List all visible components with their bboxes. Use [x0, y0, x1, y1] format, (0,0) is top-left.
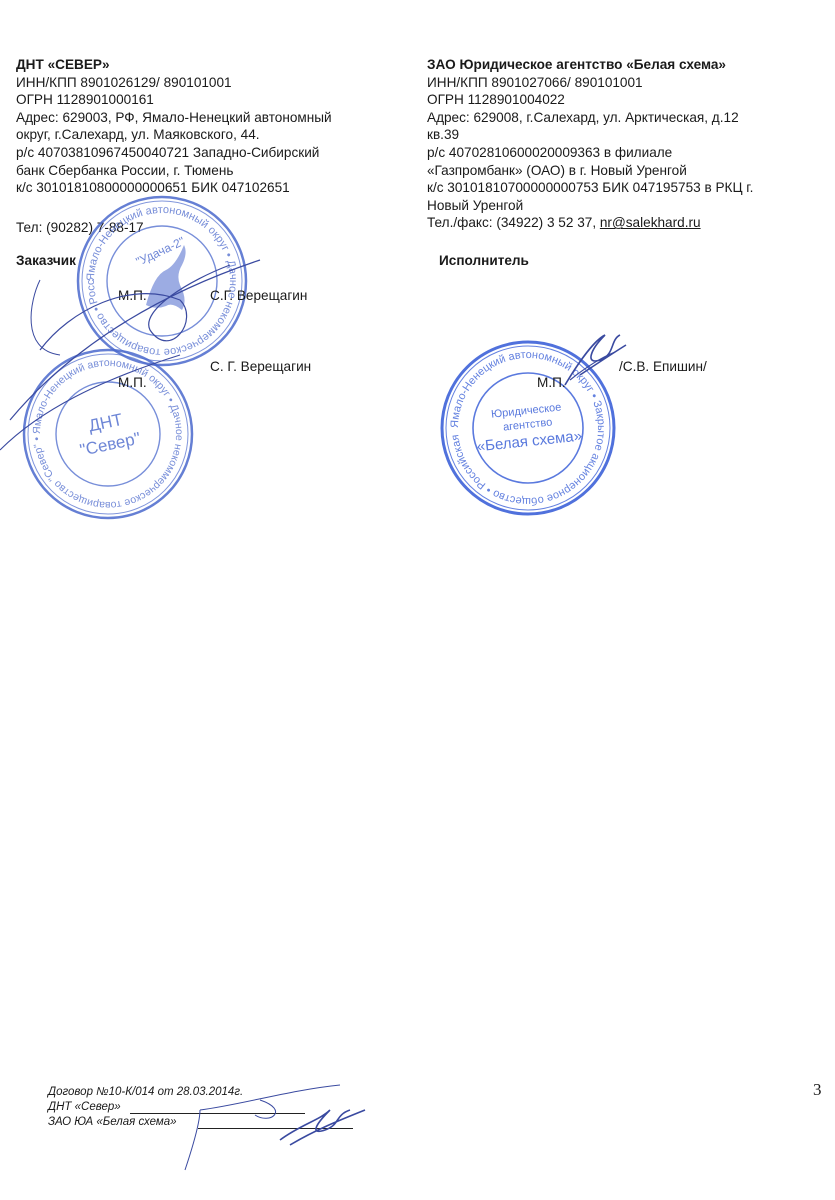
- contractor-phone: Тел./факс: (34922) 3 52 37,: [427, 215, 600, 230]
- svg-text:«Белая схема»: «Белая схема»: [476, 427, 583, 455]
- customer-account-2: банк Сбербанка России, г. Тюмень: [16, 162, 411, 180]
- contractor-address-1: Адрес: 629008, г.Салехард, ул. Арктическ…: [427, 109, 827, 127]
- page-number: 3: [813, 1080, 822, 1100]
- contractor-name: ЗАО Юридическое агентство «Белая схема»: [427, 56, 827, 74]
- contractor-details: ЗАО Юридическое агентство «Белая схема» …: [427, 56, 827, 232]
- customer-name: ДНТ «СЕВЕР»: [16, 56, 411, 74]
- customer-address-2: округ, г.Салехард, ул. Маяковского, 44.: [16, 126, 411, 144]
- contractor-phone-line: Тел./факс: (34922) 3 52 37, nr@salekhard…: [427, 214, 827, 232]
- footer-party-1-label: ДНТ «Север»: [48, 1101, 121, 1113]
- contractor-corr-account-city: Новый Уренгой: [427, 197, 827, 215]
- customer-address-1: Адрес: 629003, РФ, Ямало-Ненецкий автоно…: [16, 109, 411, 127]
- contractor-signature-icon: [560, 330, 630, 390]
- contractor-account-1: р/с 40702810600020009363 в филиале: [427, 144, 827, 162]
- contractor-corr-account: к/с 30101810700000000753 БИК 047195753 в…: [427, 179, 827, 197]
- customer-ogrn: ОГРН 1128901000161: [16, 91, 411, 109]
- contractor-signer: /С.В. Епишин/: [619, 359, 707, 374]
- footer-signatures-icon: [140, 1080, 380, 1170]
- customer-signature-icon: [0, 240, 300, 440]
- customer-account-1: р/с 40703810967450040721 Западно-Сибирск…: [16, 144, 411, 162]
- contractor-address-2: кв.39: [427, 126, 827, 144]
- customer-details: ДНТ «СЕВЕР» ИНН/КПП 8901026129/ 89010100…: [16, 56, 411, 197]
- contractor-account-2: «Газпромбанк» (ОАО) в г. Новый Уренгой: [427, 162, 827, 180]
- contractor-ogrn: ОГРН 1128901004022: [427, 91, 827, 109]
- contractor-role-label: Исполнитель: [439, 253, 529, 268]
- contractor-email-link[interactable]: nr@salekhard.ru: [600, 215, 701, 230]
- contractor-inn-kpp: ИНН/КПП 8901027066/ 890101001: [427, 74, 827, 92]
- customer-inn-kpp: ИНН/КПП 8901026129/ 890101001: [16, 74, 411, 92]
